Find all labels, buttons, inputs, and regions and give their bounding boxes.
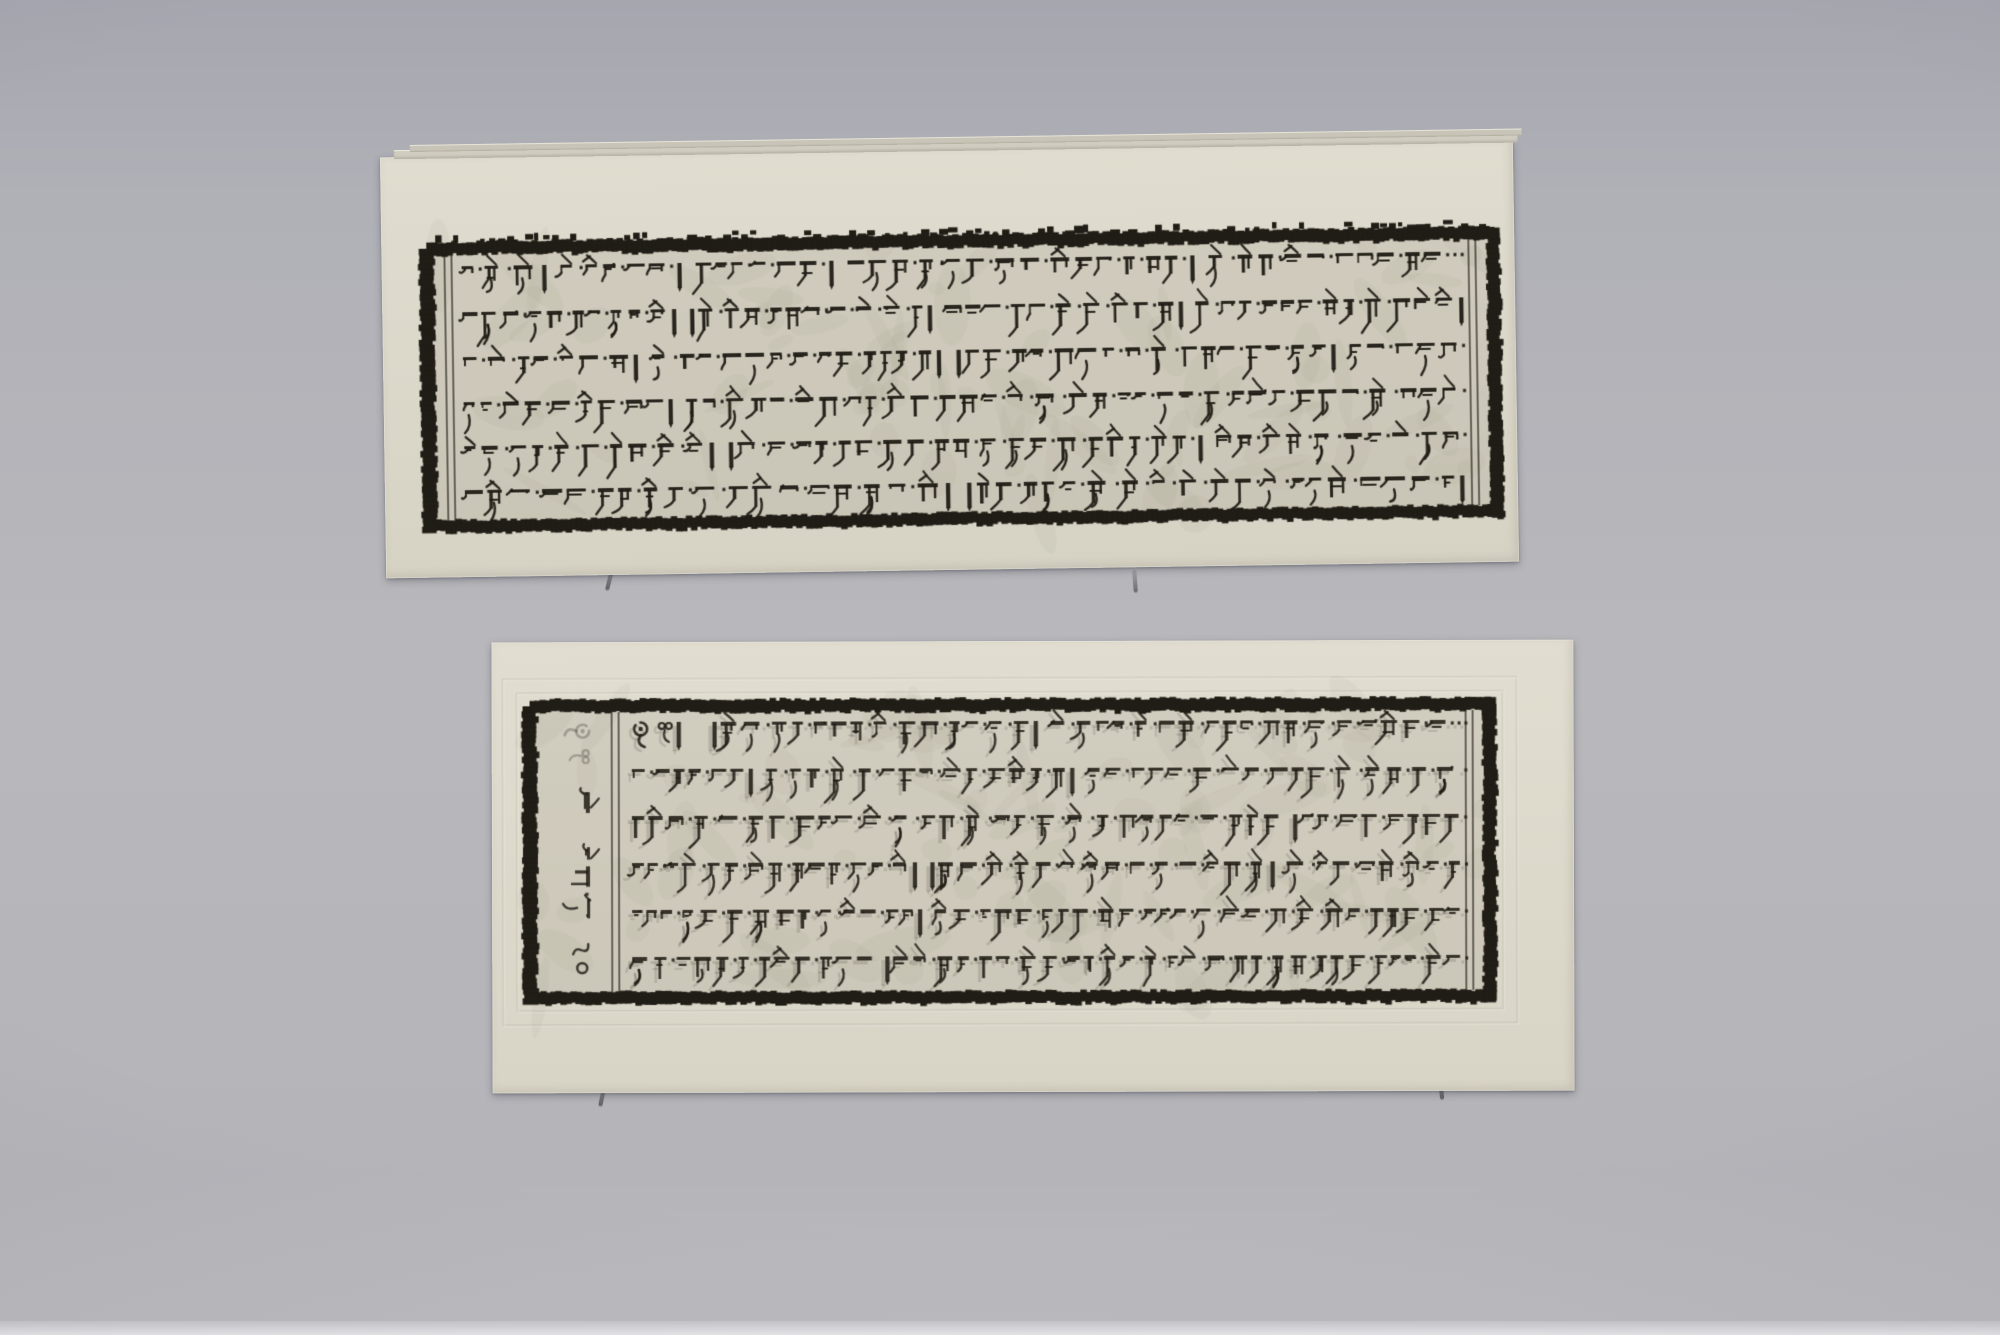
manuscript-leaf-upper	[380, 141, 1519, 579]
manuscript-leaf-lower	[491, 640, 1574, 1094]
lower-leaf-print-block	[491, 640, 1574, 1094]
photograph-background: ཁ་ཕྱེ་སྟེ། མེ་ཏོག་དང་། འདབ་མ་དང་། འབྲས་བ…	[0, 0, 2000, 1335]
upper-leaf-print-block	[380, 141, 1519, 579]
support-pin	[1132, 570, 1138, 592]
photo-edge-strip	[0, 1321, 2000, 1335]
